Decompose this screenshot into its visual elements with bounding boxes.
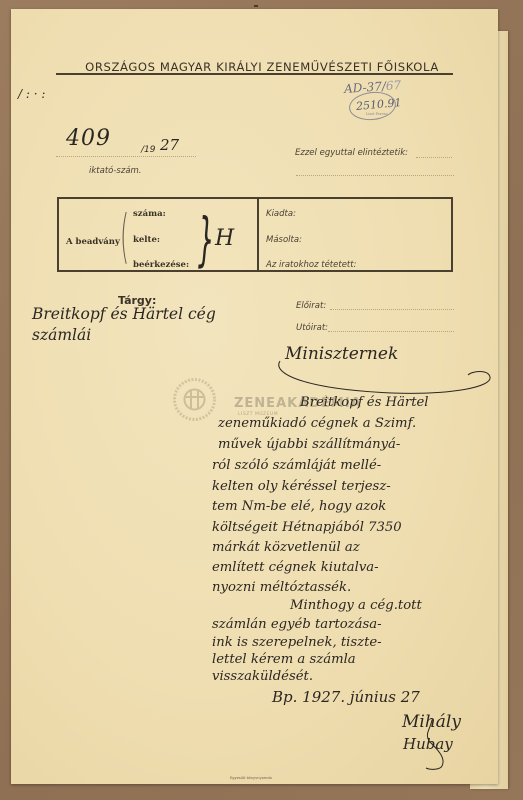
letter-line: lettel kérem a számla xyxy=(212,652,356,668)
archive-signature-suffix: 67 xyxy=(385,78,401,93)
left-brace-icon: ( xyxy=(120,207,129,265)
issued-by-label: Kiadta: xyxy=(266,209,296,219)
settled-with-line-1 xyxy=(416,157,452,158)
registration-number: 409 xyxy=(66,126,111,151)
letter-line: kelten oly kéréssel terjesz- xyxy=(212,479,391,495)
museum-logo-watermark-icon xyxy=(172,377,217,422)
letter-line: Breitkopf és Härtel xyxy=(300,395,429,411)
registration-year: 27 xyxy=(160,136,179,154)
letter-line: művek újabbi szállítmányá- xyxy=(218,437,400,453)
letter-line: költségeit Hétnapjából 7350 xyxy=(212,520,402,536)
field-date-label: kelte: xyxy=(133,235,160,245)
subject-line-1: Breitkopf és Härtel cég xyxy=(32,305,216,323)
printer-imprint: Egyesült könyvnyomda xyxy=(230,776,272,780)
submission-box-divider xyxy=(257,197,259,272)
letter-line: ról szóló számláját mellé- xyxy=(212,458,381,474)
header-rule xyxy=(56,73,453,75)
field-number-label: száma: xyxy=(133,209,166,219)
later-document-line xyxy=(328,331,454,332)
letter-line: említett cégnek kiutalva- xyxy=(212,560,379,576)
letter-date: Bp. 1927. június 27 xyxy=(272,688,420,706)
subject-line-2: számlái xyxy=(32,326,91,344)
signature-flourish-icon xyxy=(400,690,460,775)
registration-label: iktató-szám. xyxy=(89,166,142,176)
right-brace-icon: } xyxy=(198,210,215,268)
brace-handwritten-mark: H xyxy=(215,226,234,251)
field-arrival-label: beérkezése: xyxy=(133,260,189,270)
prior-document-label: Előirat: xyxy=(296,301,326,311)
institution-header: ORSZÁGOS MAGYAR KIRÁLYI ZENEMŰVÉSZETI FŐ… xyxy=(78,60,446,74)
settled-with-label: Ezzel egyuttal elintéztetik: xyxy=(295,148,408,158)
letter-line: nyozni méltóztassék. xyxy=(212,580,351,596)
letter-line: visszaküldését. xyxy=(212,669,313,685)
registration-dotline xyxy=(56,156,196,157)
letter-line: márkát közvetlenül az xyxy=(212,540,360,556)
letter-line: számlán egyéb tartozása- xyxy=(212,617,382,633)
margin-marks: / : · : xyxy=(18,87,45,101)
letter-line: Minthogy a cég.tott xyxy=(290,598,422,614)
salutation-flourish-icon xyxy=(272,355,497,400)
registration-year-prefix: /19 xyxy=(141,145,155,155)
letter-line: tem Nm-be elé, hogy azok xyxy=(212,499,386,515)
copied-by-label: Másolta: xyxy=(266,235,302,245)
later-document-label: Utóirat: xyxy=(296,323,328,333)
letter-line: zeneműkiadó cégnek a Szimf. xyxy=(218,416,416,432)
prior-document-line xyxy=(330,309,454,310)
submission-title: A beadvány xyxy=(66,237,120,247)
letter-line: ink is szerepelnek, tiszte- xyxy=(212,635,382,651)
settled-with-line-2 xyxy=(296,175,454,176)
filed-label: Az iratokhoz tétetett: xyxy=(266,260,356,270)
submission-box xyxy=(57,197,453,272)
dust-speck xyxy=(254,5,258,7)
archive-stamp-small-text: Liszt Ferenc xyxy=(366,112,388,116)
